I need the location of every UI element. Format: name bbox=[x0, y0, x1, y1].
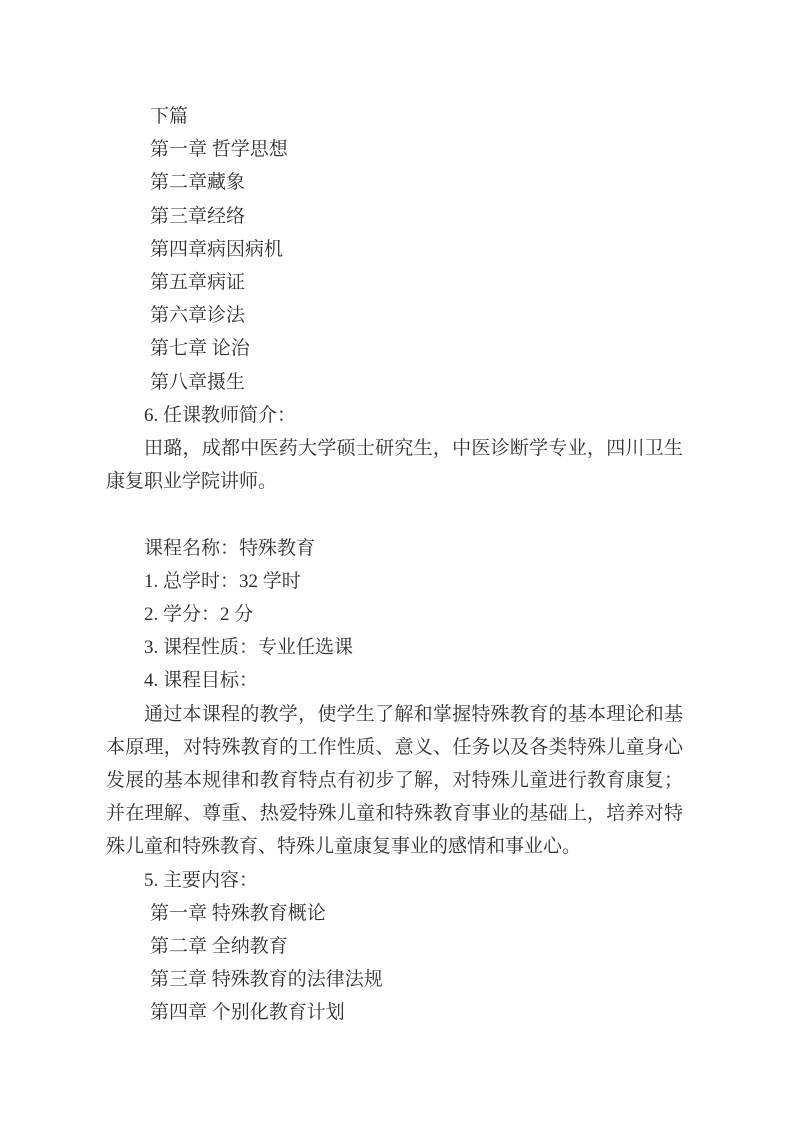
teacher-intro-heading: 6. 任课教师简介： bbox=[106, 399, 683, 432]
content-chapter-line: 第四章 个别化教育计划 bbox=[106, 996, 683, 1029]
course-item: 1. 总学时：32 学时 bbox=[106, 565, 683, 598]
toc-chapter-line: 第八章摄生 bbox=[106, 366, 683, 399]
course-item: 4. 课程目标： bbox=[106, 664, 683, 697]
toc-lower-section: 下篇 第一章 哲学思想 第二章藏象 第三章经络 第四章病因病机 第五章病证 第六… bbox=[106, 100, 683, 399]
blank-line bbox=[106, 498, 683, 531]
document-page: 下篇 第一章 哲学思想 第二章藏象 第三章经络 第四章病因病机 第五章病证 第六… bbox=[0, 0, 793, 1122]
course-objective: 通过本课程的教学，使学生了解和掌握特殊教育的基本理论和基本原理，对特殊教育的工作… bbox=[106, 698, 683, 864]
content-chapters-section: 第一章 特殊教育概论 第二章 全纳教育 第三章 特殊教育的法律法规 第四章 个别… bbox=[106, 897, 683, 1030]
content-chapter-line: 第一章 特殊教育概论 bbox=[106, 897, 683, 930]
toc-chapter-line: 第六章诊法 bbox=[106, 299, 683, 332]
teacher-intro-section: 6. 任课教师简介： 田璐，成都中医药大学硕士研究生，中医诊断学专业，四川卫生康… bbox=[106, 399, 683, 499]
course-item: 2. 学分：2 分 bbox=[106, 598, 683, 631]
toc-chapter-line: 第四章病因病机 bbox=[106, 233, 683, 266]
course-item: 3. 课程性质：专业任选课 bbox=[106, 631, 683, 664]
main-content-heading: 5. 主要内容： bbox=[106, 864, 683, 897]
toc-chapter-line: 第五章病证 bbox=[106, 266, 683, 299]
course-name-line: 课程名称：特殊教育 bbox=[106, 532, 683, 565]
toc-chapter-line: 第二章藏象 bbox=[106, 166, 683, 199]
toc-chapter-line: 第七章 论治 bbox=[106, 332, 683, 365]
content-chapter-line: 第二章 全纳教育 bbox=[106, 930, 683, 963]
toc-chapter-line: 第三章经络 bbox=[106, 200, 683, 233]
section-title: 下篇 bbox=[106, 100, 683, 133]
teacher-bio: 田璐，成都中医药大学硕士研究生，中医诊断学专业，四川卫生康复职业学院讲师。 bbox=[106, 432, 683, 498]
content-chapter-line: 第三章 特殊教育的法律法规 bbox=[106, 963, 683, 996]
toc-chapter-line: 第一章 哲学思想 bbox=[106, 133, 683, 166]
course-info-section: 课程名称：特殊教育 1. 总学时：32 学时 2. 学分：2 分 3. 课程性质… bbox=[106, 532, 683, 897]
